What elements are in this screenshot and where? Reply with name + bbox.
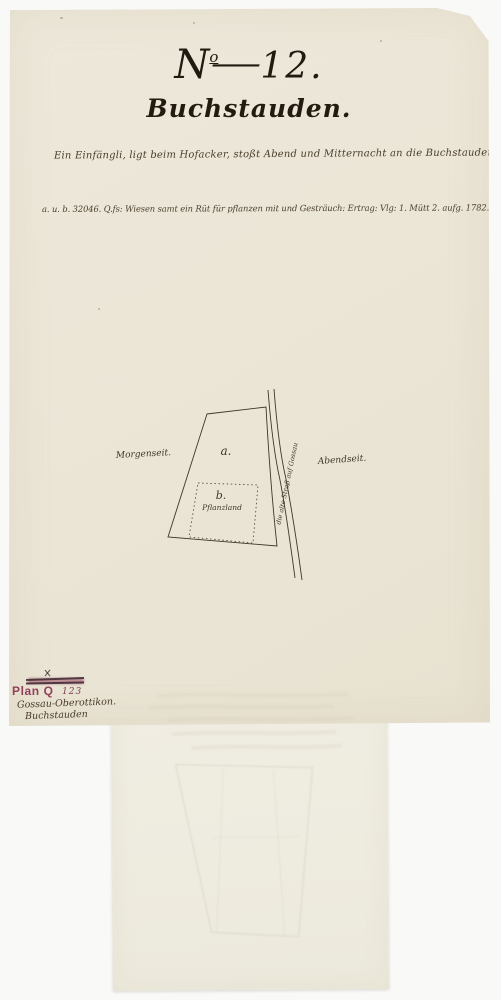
torn-corner-fold xyxy=(432,0,480,15)
handwritten-description-line: Ein Einfängli, ligt beim Hofacker, stoßt… xyxy=(54,147,497,161)
compass-label-morning-side: Morgenseit. xyxy=(115,448,172,461)
scanned-archive-document: No—12. Buchstauden. Ein Einfängli, ligt … xyxy=(0,0,501,1000)
compass-label-evening-side: Abendseit. xyxy=(317,454,367,467)
show-through-ghost-drawing xyxy=(111,687,389,991)
paper-speck xyxy=(60,17,63,19)
document-title: Buchstauden. xyxy=(8,94,490,123)
parcel-outline xyxy=(168,407,277,546)
number-dash: — xyxy=(211,44,262,82)
handwritten-measurement-line: a. u. b. 32046. Q.fs: Wiesen samt ein Rü… xyxy=(42,203,489,215)
document-number-heading: No—12. xyxy=(8,42,490,88)
number-value: 12. xyxy=(260,46,323,87)
number-prefix: N xyxy=(174,42,209,88)
parcel-label-a: a. xyxy=(221,444,232,458)
parcel-label-b-caption: Pflanzland xyxy=(201,503,242,512)
verso-show-through xyxy=(148,688,358,726)
archive-note-place: Gossau-Oberottikon. xyxy=(17,696,116,710)
parcel-label-b: b. xyxy=(216,489,227,502)
cross-out-mark xyxy=(44,669,51,676)
document-sheet: No—12. Buchstauden. Ein Einfängli, ligt … xyxy=(8,8,490,726)
plan-number-handwritten: 123 xyxy=(62,687,82,697)
plan-q-stamp: Plan Q xyxy=(12,684,54,698)
paper-speck xyxy=(193,22,195,24)
paper-speck xyxy=(98,308,100,310)
road-label: die alte Straß auf Gossau xyxy=(274,442,299,525)
parcel-sketch-map: a. b. Pflanzland Morgenseit. Abendseit. … xyxy=(108,388,370,583)
archive-note-name: Buchstauden xyxy=(25,709,88,722)
attached-back-sheet xyxy=(111,687,389,991)
